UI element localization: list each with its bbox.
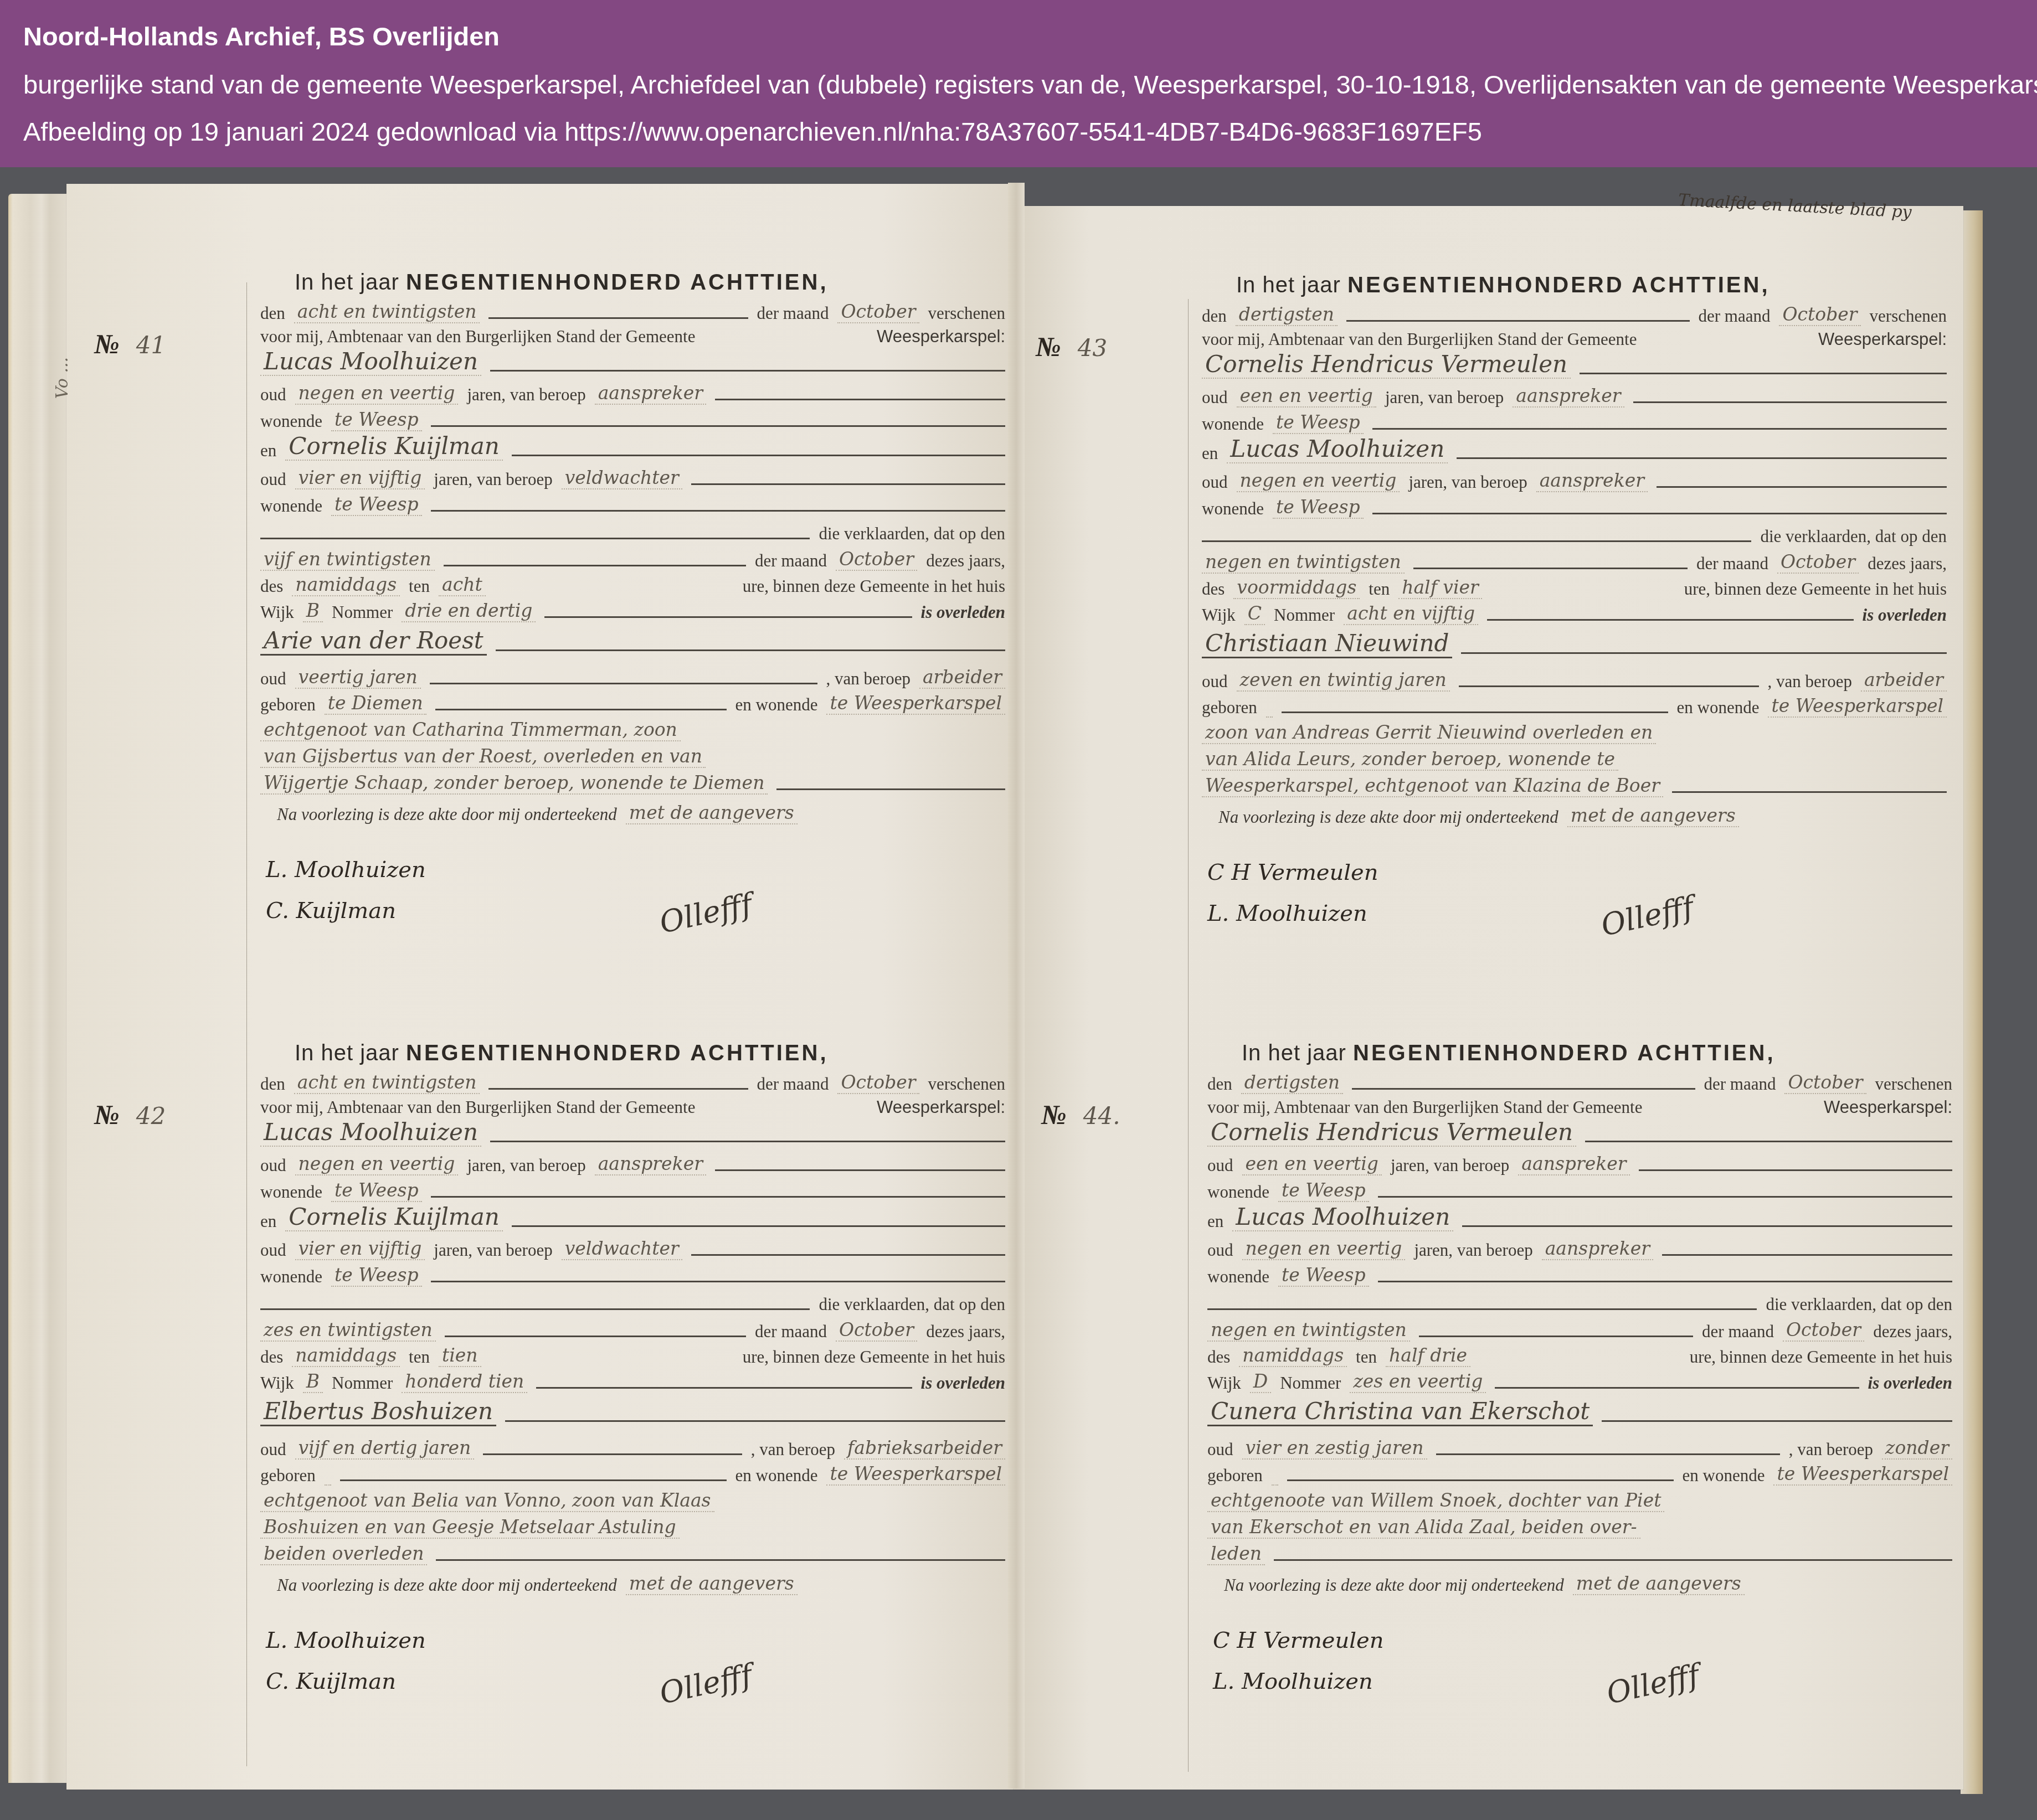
- line-official: voor mij, Ambtenaar van den Burgerlijken…: [1202, 324, 1947, 349]
- form-label: die verklaarden, dat op den: [819, 524, 1005, 544]
- handwritten-field: Boshuizen en van Geesje Metselaar Astuli…: [260, 1516, 680, 1539]
- line-closing: Na voorlezing is deze akte door mij onde…: [1224, 1570, 1969, 1595]
- handwritten-field: veertig jaren: [295, 666, 421, 689]
- handwritten-field: een en veertig: [1242, 1153, 1382, 1175]
- handwritten-field: half drie: [1386, 1344, 1470, 1367]
- form-label: Weesperkarspel:: [1824, 1097, 1952, 1117]
- form-label: ten: [1369, 579, 1390, 599]
- handwritten-field: negen en twintigsten: [1202, 551, 1405, 574]
- form-label: oud: [260, 669, 286, 689]
- form-label: is overleden: [921, 1373, 1005, 1393]
- form-label: is overleden: [1863, 605, 1947, 625]
- form-label: verschenen: [928, 303, 1005, 323]
- form-label: In het jaar: [295, 270, 399, 295]
- handwritten-field: negen en veertig: [1242, 1238, 1406, 1260]
- fill-line: [1378, 1281, 1952, 1282]
- line-address: WijkC Nommeracht en vijftig is overleden: [1202, 600, 1947, 625]
- form-label: Nommer: [332, 1373, 393, 1393]
- handwritten-field: echtgenoote van Willem Snoek, dochter va…: [1207, 1489, 1664, 1512]
- form-label: is overleden: [1868, 1373, 1952, 1393]
- form-label: wonende: [260, 1182, 322, 1202]
- line-death-date: zes en twintigsten der maandOctober deze…: [260, 1316, 1005, 1342]
- form-label: des: [1207, 1347, 1230, 1367]
- archive-title: Noord-Hollands Archief, BS Overlijden: [23, 21, 500, 51]
- declarant-signatures: C H Vermeulen L. Moolhuizen: [1207, 860, 1378, 942]
- fill-line: [1202, 540, 1751, 542]
- handwritten-field: zes en twintigsten: [260, 1319, 436, 1342]
- line-declarant1-residence: wonendete Weesp: [1207, 1177, 1952, 1202]
- form-label: jaren, van beroep: [434, 1240, 552, 1260]
- handwritten-field: honderd tien: [402, 1370, 527, 1393]
- form-label: wonende: [1207, 1182, 1269, 1202]
- handwritten-field: [325, 1484, 331, 1486]
- handwritten-field: te Weesp: [1278, 1179, 1369, 1202]
- archive-banner: Noord-Hollands Archief, BS Overlijden bu…: [0, 0, 2037, 167]
- fill-line: [536, 1387, 912, 1389]
- line-death-date: negen en twintigsten der maandOctober de…: [1207, 1316, 1952, 1342]
- handwritten-field: Weesperkarspel, echtgenoot van Klazina d…: [1202, 775, 1663, 797]
- line-declaration: die verklaarden, dat op den: [1207, 1289, 1952, 1314]
- handwritten-field: negen en veertig: [295, 382, 459, 405]
- book-gutter: [1008, 183, 1025, 1788]
- line-declarant2-residence: wonendete Weesp: [1207, 1261, 1952, 1287]
- form-label: ure, binnen deze Gemeente in het huis: [1690, 1347, 1952, 1367]
- handwritten-field: Christiaan Nieuwind: [1202, 630, 1452, 658]
- handwritten-field: Cornelis Kuijlman: [285, 1203, 502, 1231]
- form-label: oud: [1202, 672, 1228, 692]
- form-label: oud: [1202, 472, 1228, 492]
- form-label: dezes jaars,: [926, 1322, 1005, 1342]
- fill-line: [1585, 1141, 1952, 1142]
- line-declarant2-age: oudnegen en veertig jaren, van beroepaan…: [1202, 467, 1947, 492]
- handwritten-field: vier en zestig jaren: [1242, 1437, 1427, 1460]
- handwritten-field: B: [303, 600, 323, 622]
- fill-line: [1346, 320, 1689, 322]
- line-declarant1-age: oudnegen en veertig jaren, van beroepaan…: [260, 1150, 1005, 1175]
- handwritten-field: Lucas Moolhuizen: [260, 348, 481, 376]
- handwritten-field: B: [303, 1370, 323, 1393]
- form-label: Wijk: [260, 1373, 294, 1393]
- page-stack-left: [8, 194, 69, 1783]
- form-label: Na voorlezing is deze akte door mij onde…: [1218, 807, 1558, 827]
- fill-line: [715, 399, 1005, 400]
- handwritten-field: vier en vijftig: [295, 1238, 425, 1260]
- handwritten-field: Lucas Moolhuizen: [1232, 1203, 1453, 1231]
- fill-line: [435, 709, 727, 710]
- form-label: Wijk: [1207, 1373, 1241, 1393]
- handwritten-field: dertigsten: [1241, 1071, 1343, 1094]
- form-label: oud: [260, 1240, 286, 1260]
- form-label: geboren: [1207, 1466, 1263, 1486]
- download-note: Afbeelding op 19 januari 2024 gedownload…: [23, 116, 1482, 147]
- handwritten-field: aanspreker: [595, 382, 706, 405]
- handwritten-field: fabrieksarbeider: [844, 1437, 1005, 1460]
- line-date: dendertigsten der maandOctober verschene…: [1202, 301, 1947, 326]
- line-remark-3: Wijgertje Schaap, zonder beroep, wonende…: [260, 769, 1005, 795]
- form-label: des: [1202, 579, 1225, 599]
- form-label: dezes jaars,: [926, 551, 1005, 571]
- handwritten-field: te Diemen: [325, 692, 426, 715]
- fill-line: [1487, 619, 1853, 621]
- fill-line: [1207, 1308, 1757, 1310]
- fill-line: [1372, 513, 1947, 514]
- line-declarant2-name: enCornelis Kuijlman: [260, 1206, 1005, 1231]
- handwritten-field: veldwachter: [562, 467, 682, 489]
- form-label: jaren, van beroep: [1385, 388, 1504, 408]
- handwritten-field: Wijgertje Schaap, zonder beroep, wonende…: [260, 772, 768, 795]
- form-label: oud: [1207, 1156, 1233, 1175]
- left-page-margin-rule: [246, 282, 247, 1766]
- handwritten-field: Lucas Moolhuizen: [1227, 435, 1448, 463]
- line-closing: Na voorlezing is deze akte door mij onde…: [1218, 802, 1963, 827]
- handwritten-field: acht en twintigsten: [294, 301, 480, 323]
- form-label: ten: [409, 1347, 430, 1367]
- fill-line: [431, 510, 1005, 512]
- handwritten-field: D: [1250, 1370, 1271, 1393]
- declarant-signatures: L. Moolhuizen C. Kuijlman: [266, 1628, 426, 1710]
- line-official: voor mij, Ambtenaar van den Burgerlijken…: [260, 1092, 1005, 1117]
- form-label: Weesperkarspel:: [877, 327, 1005, 347]
- handwritten-field: vijf en dertig jaren: [295, 1437, 475, 1460]
- record-heading: In het jaar NEGENTIENHONDERD ACHTTIEN,: [1236, 273, 1770, 298]
- handwritten-field: te Weesperkarspel: [1768, 695, 1947, 718]
- signature: L. Moolhuizen: [266, 1628, 426, 1653]
- line-declarant2-age: oudnegen en veertig jaren, van beroepaan…: [1207, 1235, 1952, 1260]
- handwritten-field: 44.: [1083, 1102, 1120, 1130]
- line-address: WijkB Nommerhonderd tien is overleden: [260, 1368, 1005, 1393]
- line-declarant1-age: oudeen en veertig jaren, van beroepaansp…: [1207, 1150, 1952, 1175]
- page-stack-right: [1961, 210, 1983, 1794]
- record-number: №43: [1036, 331, 1107, 363]
- handwritten-field: zonder: [1882, 1437, 1952, 1460]
- handwritten-field: dertigsten: [1236, 303, 1338, 326]
- line-declarant1-residence: wonendete Weesp: [1202, 409, 1947, 434]
- form-label: die verklaarden, dat op den: [1766, 1295, 1952, 1314]
- form-label: ure, binnen deze Gemeente in het huis: [743, 576, 1005, 596]
- handwritten-field: voormiddags: [1233, 576, 1360, 599]
- handwritten-field: half vier: [1398, 576, 1482, 599]
- handwritten-field: leden: [1207, 1543, 1265, 1565]
- handwritten-field: 42: [136, 1102, 166, 1130]
- handwritten-field: te Weesperkarspel: [826, 1463, 1005, 1486]
- right-page-margin-rule: [1188, 299, 1189, 1772]
- fill-line: [1352, 1088, 1695, 1090]
- form-label: Weesperkarspel:: [877, 1097, 1005, 1117]
- line-date: dendertigsten der maandOctober verschene…: [1207, 1069, 1952, 1094]
- fill-line: [340, 1479, 727, 1481]
- handwritten-field: van Gijsbertus van der Roest, overleden …: [260, 745, 706, 768]
- handwritten-field: October: [1783, 1319, 1864, 1342]
- fill-line: [691, 1254, 1005, 1256]
- fill-line: [1436, 1453, 1780, 1455]
- line-birthplace: geborente Diemen en wonendete Weesperkar…: [260, 689, 1005, 715]
- handwritten-field: tien: [439, 1344, 481, 1367]
- form-label: verschenen: [1875, 1074, 1952, 1094]
- handwritten-field: aanspreker: [1536, 470, 1648, 492]
- fill-line: [715, 1169, 1005, 1171]
- line-deceased-age: oudveertig jaren , van beroeparbeider: [260, 663, 1005, 689]
- line-closing: Na voorlezing is deze akte door mij onde…: [277, 799, 1022, 824]
- form-label: jaren, van beroep: [467, 1156, 585, 1175]
- handwritten-field: 41: [136, 332, 166, 359]
- form-label: jaren, van beroep: [434, 470, 552, 489]
- fill-line: [512, 455, 1005, 456]
- line-declarant2-residence: wonendete Weesp: [1202, 493, 1947, 519]
- record-heading: In het jaar NEGENTIENHONDERD ACHTTIEN,: [1242, 1041, 1776, 1066]
- line-date: denacht en twintigsten der maandOctober …: [260, 1069, 1005, 1094]
- record-heading: In het jaar NEGENTIENHONDERD ACHTTIEN,: [295, 270, 829, 295]
- form-label: , van beroep: [1789, 1440, 1873, 1460]
- form-label: oud: [260, 470, 286, 489]
- fill-line: [445, 1336, 746, 1337]
- form-label: Wijk: [1202, 605, 1236, 625]
- handwritten-field: October: [1777, 551, 1859, 574]
- handwritten-field: Cunera Christina van Ekerschot: [1207, 1398, 1593, 1426]
- form-label: die verklaarden, dat op den: [1760, 527, 1947, 546]
- line-declarant1-name: Cornelis Hendricus Vermeulen: [1207, 1121, 1952, 1147]
- line-declarant1-name: Lucas Moolhuizen: [260, 1121, 1005, 1147]
- handwritten-field: aanspreker: [1513, 385, 1624, 408]
- handwritten-field: te Weesperkarspel: [826, 692, 1005, 715]
- handwritten-field: te Weesp: [331, 1264, 422, 1287]
- fill-line: [496, 649, 1005, 651]
- line-remark-1: echtgenoote van Willem Snoek, dochter va…: [1207, 1487, 1952, 1512]
- form-label: jaren, van beroep: [1414, 1240, 1532, 1260]
- handwritten-field: namiddags: [292, 574, 400, 596]
- form-label: verschenen: [928, 1074, 1005, 1094]
- line-birthplace: geboren en wonendete Weesperkarspel: [260, 1460, 1005, 1486]
- form-label: Na voorlezing is deze akte door mij onde…: [277, 805, 617, 824]
- form-label: der maand: [1699, 306, 1771, 326]
- fill-line: [1457, 457, 1947, 459]
- line-birthplace: geboren en wonendete Weesperkarspel: [1202, 692, 1947, 718]
- form-label: oud: [260, 1440, 286, 1460]
- form-label: ten: [1356, 1347, 1377, 1367]
- form-label: en: [1202, 444, 1218, 463]
- signature: C H Vermeulen: [1213, 1628, 1384, 1653]
- line-declarant2-name: enLucas Moolhuizen: [1202, 438, 1947, 463]
- handwritten-field: namiddags: [1239, 1344, 1347, 1367]
- form-label: dezes jaars,: [1868, 554, 1947, 574]
- line-address: WijkD Nommerzes en veertig is overleden: [1207, 1368, 1952, 1393]
- fill-line: [1287, 1479, 1674, 1481]
- form-label: voor mij, Ambtenaar van den Burgerlijken…: [260, 1097, 695, 1117]
- line-deceased-name: Christiaan Nieuwind: [1202, 633, 1947, 658]
- form-label: Wijk: [260, 602, 294, 622]
- fill-line: [488, 317, 748, 319]
- line-death-time: desvoormiddags tenhalf vier ure, binnen …: [1202, 574, 1947, 599]
- declarant-signatures: L. Moolhuizen C. Kuijlman: [266, 857, 426, 939]
- line-address: WijkB Nommerdrie en dertig is overleden: [260, 597, 1005, 622]
- handwritten-field: een en veertig: [1237, 385, 1377, 408]
- signature: L. Moolhuizen: [1213, 1669, 1384, 1694]
- line-deceased-name: Cunera Christina van Ekerschot: [1207, 1401, 1952, 1426]
- line-declarant2-name: enCornelis Kuijlman: [260, 435, 1005, 461]
- record-description: burgerlijke stand van de gemeente Weespe…: [23, 69, 2037, 100]
- fill-line: [1672, 791, 1947, 793]
- line-declarant1-name: Lucas Moolhuizen: [260, 350, 1005, 376]
- form-label: In het jaar: [1236, 273, 1341, 297]
- fill-line: [430, 683, 817, 684]
- fill-line: [544, 616, 912, 618]
- line-declarant2-age: oudvier en vijftig jaren, van beroepveld…: [260, 464, 1005, 489]
- handwritten-field: te Weesp: [331, 409, 422, 431]
- signature: C H Vermeulen: [1207, 860, 1378, 885]
- line-remark-3: beiden overleden: [260, 1540, 1005, 1565]
- line-declaration: die verklaarden, dat op den: [260, 518, 1005, 544]
- line-declarant1-name: Cornelis Hendricus Vermeulen: [1202, 353, 1947, 379]
- handwritten-field: October: [836, 1319, 917, 1342]
- fill-line: [260, 1308, 810, 1310]
- handwritten-field: te Weesp: [331, 493, 422, 516]
- fill-line: [490, 370, 1005, 372]
- line-deceased-name: Arie van der Roest: [260, 630, 1005, 656]
- form-label: is overleden: [921, 602, 1005, 622]
- fill-line: [1461, 652, 1947, 654]
- handwritten-field: October: [837, 301, 919, 323]
- fill-line: [436, 1559, 1005, 1561]
- fill-line: [1602, 1420, 1952, 1422]
- form-label: jaren, van beroep: [1408, 472, 1527, 492]
- form-label: des: [260, 1347, 283, 1367]
- form-label: Nommer: [1280, 1373, 1341, 1393]
- fill-line: [431, 1281, 1005, 1282]
- fill-line: [1462, 1225, 1952, 1227]
- handwritten-field: arbeider: [1861, 669, 1947, 692]
- line-declarant1-age: oudeen en veertig jaren, van beroepaansp…: [1202, 382, 1947, 408]
- form-label: der maand: [1702, 1322, 1774, 1342]
- form-label: der maand: [757, 1074, 829, 1094]
- form-label: voor mij, Ambtenaar van den Burgerlijken…: [1202, 329, 1637, 349]
- handwritten-field: te Weesp: [1278, 1264, 1369, 1287]
- line-date: denacht en twintigsten der maandOctober …: [260, 298, 1005, 323]
- handwritten-field: te Weesp: [1273, 411, 1364, 434]
- line-declaration: die verklaarden, dat op den: [1202, 521, 1947, 546]
- form-label: oud: [260, 385, 286, 405]
- line-death-date: negen en twintigsten der maandOctober de…: [1202, 548, 1947, 574]
- line-remark-3: Weesperkarspel, echtgenoot van Klazina d…: [1202, 772, 1947, 797]
- form-label: der maand: [757, 303, 829, 323]
- line-declaration: die verklaarden, dat op den: [260, 1289, 1005, 1314]
- handwritten-field: acht: [439, 574, 486, 596]
- handwritten-field: van Ekerschot en van Alida Zaal, beiden …: [1207, 1516, 1640, 1539]
- form-label: ure, binnen deze Gemeente in het huis: [743, 1347, 1005, 1367]
- handwritten-field: October: [1784, 1071, 1866, 1094]
- form-label: en wonende: [1683, 1466, 1765, 1486]
- fill-line: [1662, 1254, 1952, 1256]
- form-label: den: [1202, 306, 1227, 326]
- signature: C. Kuijlman: [266, 1669, 426, 1694]
- form-label: dezes jaars,: [1873, 1322, 1952, 1342]
- handwritten-field: veldwachter: [562, 1238, 682, 1260]
- handwritten-field: October: [836, 548, 917, 571]
- form-label: en wonende: [735, 1466, 818, 1486]
- handwritten-field: te Weesp: [1273, 496, 1364, 519]
- form-label: en: [260, 1211, 276, 1231]
- handwritten-field: acht en twintigsten: [294, 1071, 480, 1094]
- handwritten-field: vijf en twintigsten: [260, 548, 435, 571]
- line-birthplace: geboren en wonendete Weesperkarspel: [1207, 1460, 1952, 1486]
- line-deceased-age: oudvier en zestig jaren , van beroepzond…: [1207, 1434, 1952, 1460]
- form-label: Nommer: [332, 602, 393, 622]
- fill-line: [512, 1225, 1005, 1227]
- handwritten-field: Cornelis Hendricus Vermeulen: [1202, 350, 1571, 379]
- form-label: In het jaar: [1242, 1041, 1346, 1065]
- fill-line: [488, 1088, 748, 1090]
- fill-line: [1419, 1336, 1693, 1337]
- handwritten-field: aanspreker: [1542, 1238, 1653, 1260]
- line-declarant2-residence: wonendete Weesp: [260, 1261, 1005, 1287]
- form-label: wonende: [260, 496, 322, 516]
- fill-line: [1639, 1169, 1952, 1171]
- fill-line: [691, 483, 1005, 485]
- form-label: geboren: [260, 695, 316, 715]
- handwritten-field: October: [1779, 303, 1860, 326]
- handwritten-field: met de aangevers: [626, 802, 798, 824]
- handwritten-field: met de aangevers: [1573, 1572, 1745, 1595]
- form-label: wonende: [260, 411, 322, 431]
- form-label: oud: [1202, 388, 1228, 408]
- form-label: №: [1036, 331, 1061, 362]
- form-label: ten: [409, 576, 430, 596]
- form-label: jaren, van beroep: [467, 385, 585, 405]
- record-heading: In het jaar NEGENTIENHONDERD ACHTTIEN,: [295, 1041, 829, 1066]
- line-official: voor mij, Ambtenaar van den Burgerlijken…: [260, 321, 1005, 347]
- form-label: geboren: [260, 1466, 316, 1486]
- handwritten-field: C: [1244, 602, 1265, 625]
- line-remark-1: echtgenoot van Belia van Vonno, zoon van…: [260, 1487, 1005, 1512]
- line-declarant1-residence: wonendete Weesp: [260, 406, 1005, 431]
- fill-line: [431, 425, 1005, 427]
- form-label: NEGENTIENHONDERD ACHTTIEN,: [1353, 1041, 1776, 1065]
- fill-line: [260, 538, 810, 539]
- form-label: wonende: [1207, 1267, 1269, 1287]
- form-label: en wonende: [735, 695, 818, 715]
- fill-line: [1495, 1387, 1859, 1389]
- handwritten-field: te Weesperkarspel: [1773, 1463, 1952, 1486]
- form-label: verschenen: [1870, 306, 1947, 326]
- form-label: , van beroep: [826, 669, 911, 689]
- line-remark-2: Boshuizen en van Geesje Metselaar Astuli…: [260, 1513, 1005, 1539]
- signature: C. Kuijlman: [266, 898, 426, 924]
- line-declarant1-age: oudnegen en veertig jaren, van beroepaan…: [260, 379, 1005, 405]
- handwritten-field: Cornelis Hendricus Vermeulen: [1207, 1118, 1576, 1147]
- line-deceased-age: oudzeven en twintig jaren , van beroepar…: [1202, 666, 1947, 692]
- form-label: wonende: [1202, 414, 1264, 434]
- record-number: №41: [94, 328, 166, 360]
- signature: L. Moolhuizen: [1207, 901, 1378, 926]
- fill-line: [1633, 401, 1947, 403]
- handwritten-field: echtgenoot van Belia van Vonno, zoon van…: [260, 1489, 714, 1512]
- record-number: №42: [94, 1099, 166, 1131]
- form-label: In het jaar: [295, 1041, 399, 1065]
- line-remark-2: van Ekerschot en van Alida Zaal, beiden …: [1207, 1513, 1952, 1539]
- handwritten-field: 43: [1078, 334, 1107, 362]
- form-label: oud: [260, 1156, 286, 1175]
- form-label: oud: [1207, 1440, 1233, 1460]
- line-deceased-age: oudvijf en dertig jaren , van beroepfabr…: [260, 1434, 1005, 1460]
- line-death-time: desnamiddags tentien ure, binnen deze Ge…: [260, 1342, 1005, 1367]
- fill-line: [483, 1453, 742, 1455]
- handwritten-field: zes en veertig: [1350, 1370, 1486, 1393]
- form-label: der maand: [755, 551, 827, 571]
- fill-line: [776, 788, 1005, 790]
- fill-line: [490, 1141, 1005, 1142]
- form-label: wonende: [260, 1267, 322, 1287]
- form-label: jaren, van beroep: [1391, 1156, 1509, 1175]
- form-label: №: [94, 1099, 120, 1130]
- form-label: Na voorlezing is deze akte door mij onde…: [1224, 1575, 1564, 1595]
